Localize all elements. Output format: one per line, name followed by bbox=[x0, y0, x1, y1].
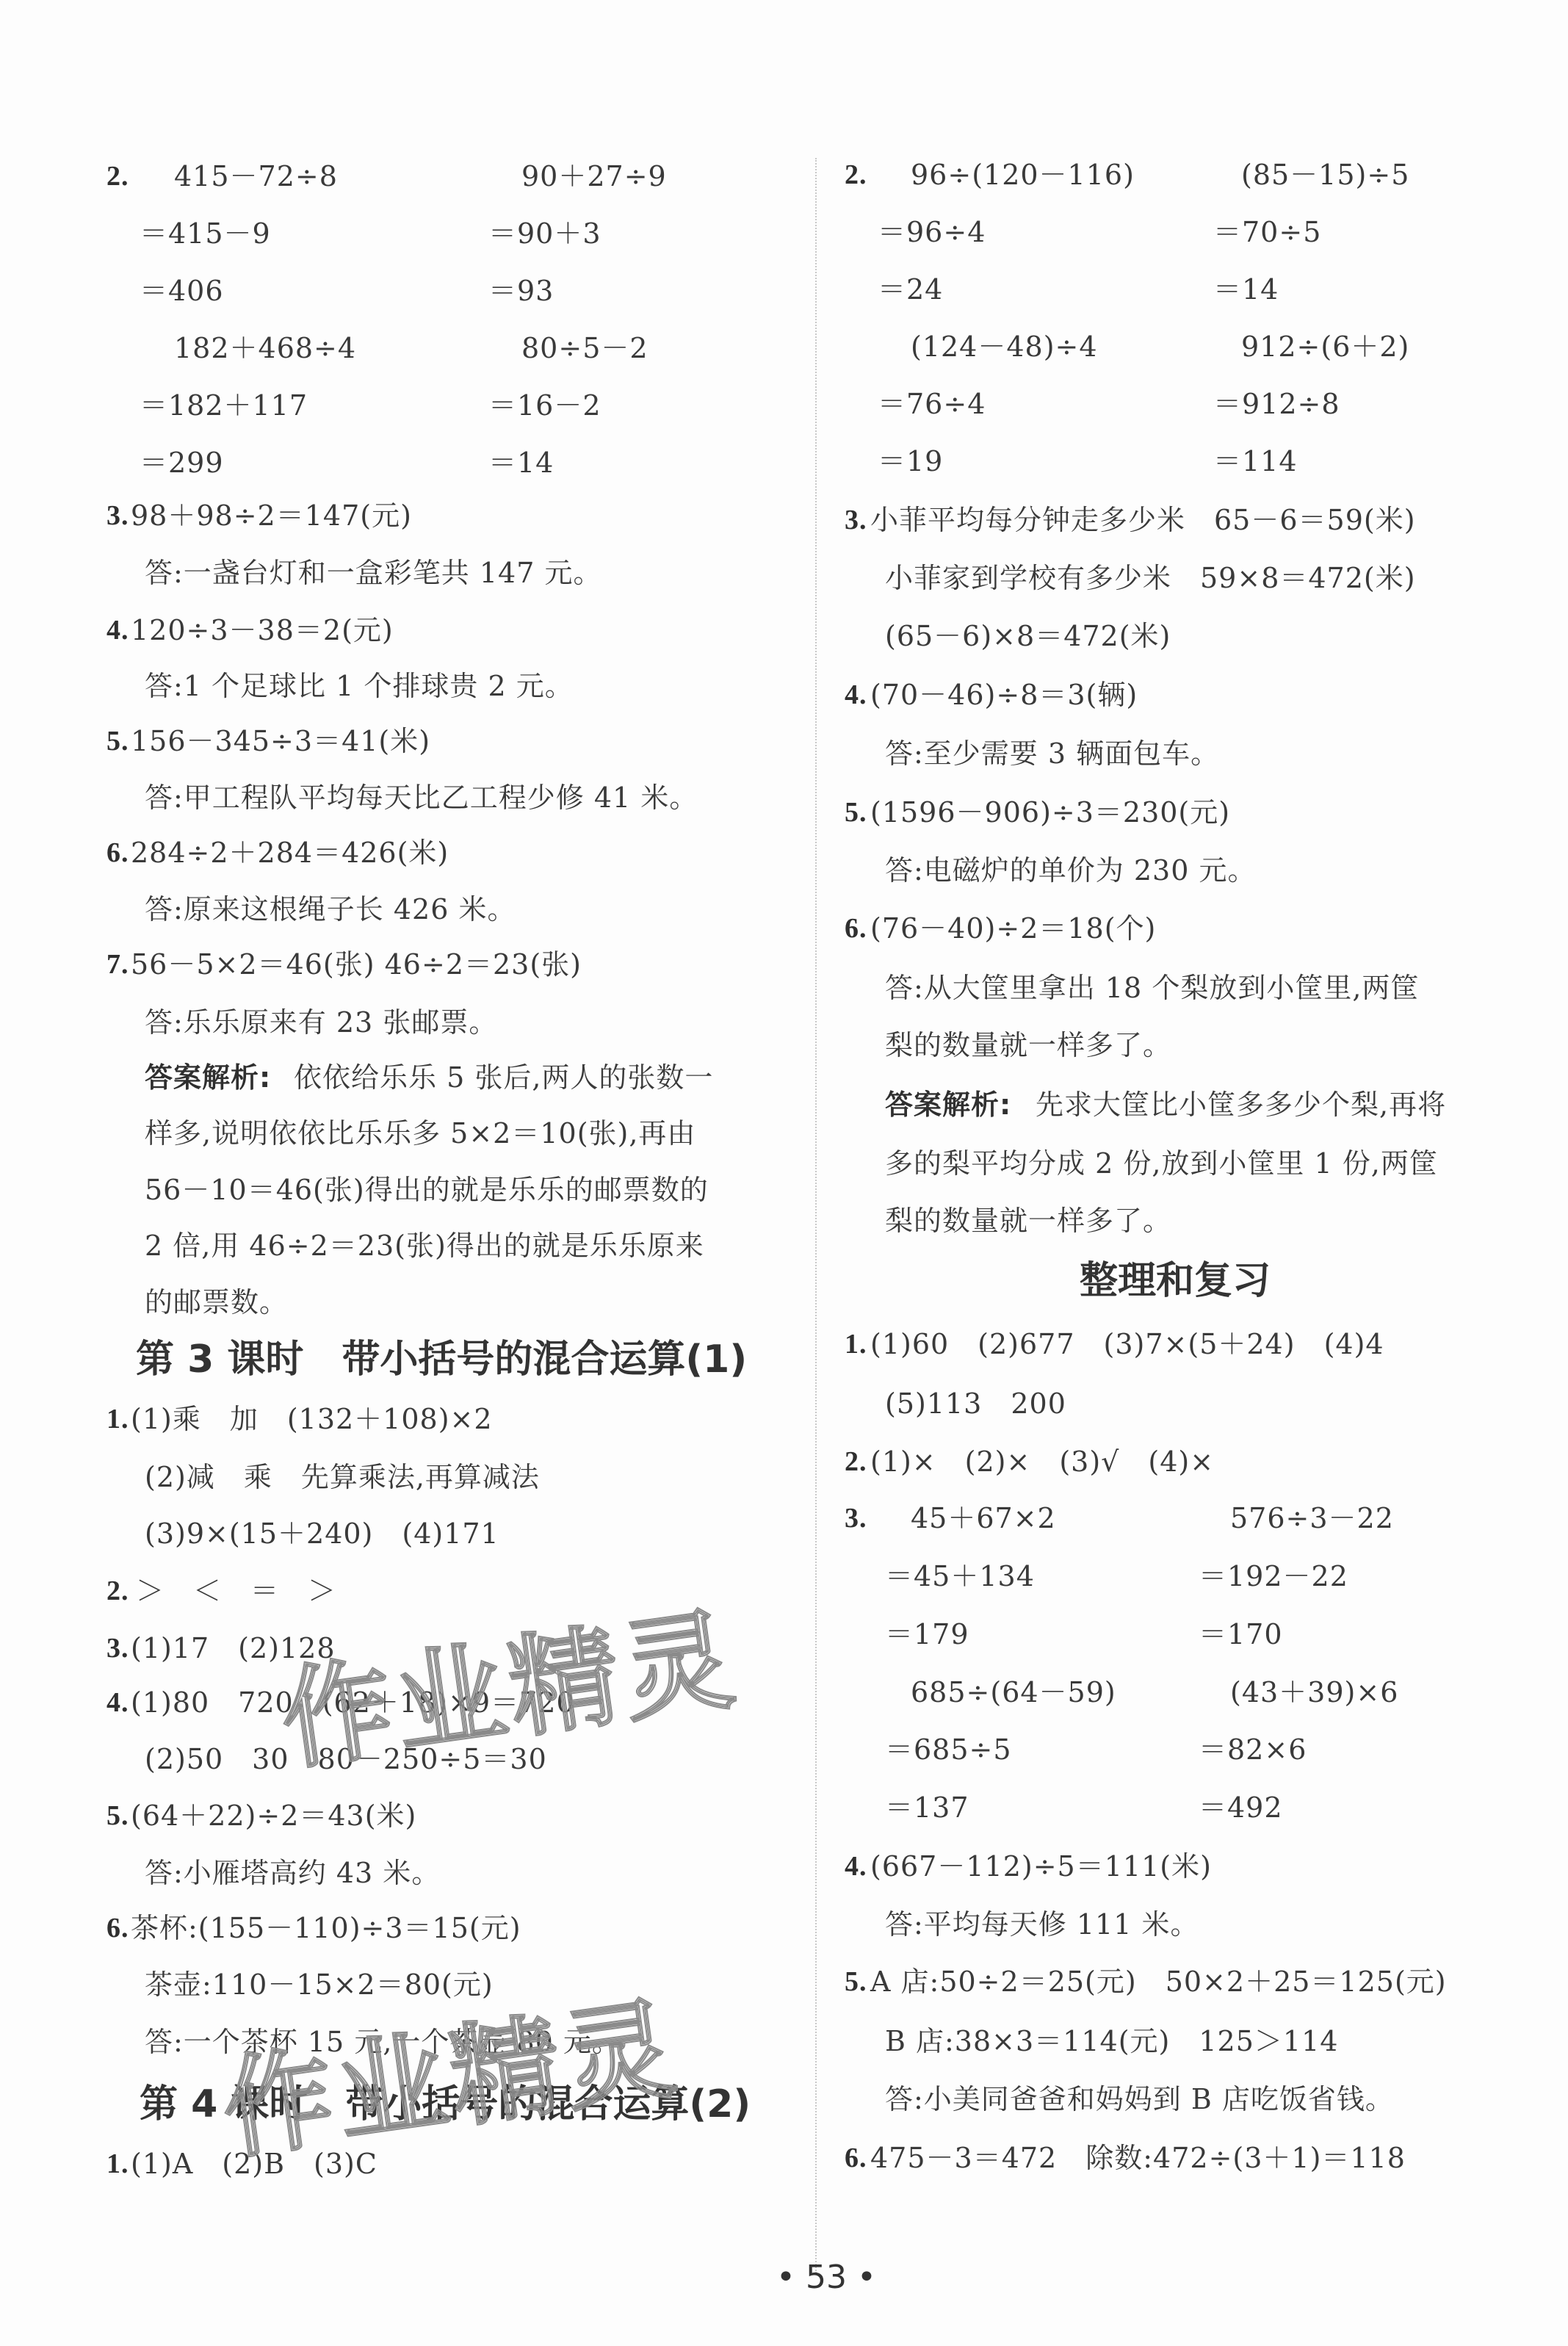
analysis-text: 样多,说明依依比乐乐多 5×2＝10(张),再由 bbox=[145, 1116, 696, 1151]
expression-step: ＝192－22 bbox=[1199, 1559, 1348, 1594]
analysis-text: 先求大筐比小筐多多少个梨,再将 bbox=[1036, 1087, 1446, 1122]
answer-line: (3)9×(15＋240) (4)171 bbox=[145, 1516, 499, 1551]
answer: 答:平均每天修 111 米。 bbox=[885, 1907, 1199, 1942]
expression-step: ＝16－2 bbox=[488, 388, 601, 423]
expression-step: ＝45＋134 bbox=[885, 1559, 1035, 1594]
expression: 45＋67×2 bbox=[911, 1501, 1056, 1536]
question-number: 3. bbox=[845, 502, 867, 538]
answer: 答:一个茶杯 15 元,一个茶壶 80 元。 bbox=[145, 2024, 621, 2060]
equation: 120÷3－38＝2(元) bbox=[131, 613, 394, 648]
expression-step: ＝137 bbox=[885, 1790, 969, 1825]
question-number: 4. bbox=[106, 613, 129, 648]
expression-step: ＝14 bbox=[1213, 272, 1279, 307]
question-number: 3. bbox=[845, 1501, 867, 1536]
question-number: 6. bbox=[845, 911, 867, 946]
answer: 答:甲工程队平均每天比乙工程少修 41 米。 bbox=[145, 780, 698, 815]
equation: (667－112)÷5＝111(米) bbox=[870, 1849, 1212, 1884]
equation: 98＋98÷2＝147(元) bbox=[131, 498, 412, 533]
analysis-text: 56－10＝46(张)得出的就是乐乐的邮票数的 bbox=[145, 1172, 709, 1208]
expression: 96÷(120－116) bbox=[911, 157, 1135, 192]
analysis-label: 答案解析: bbox=[885, 1087, 1011, 1122]
question-number: 6. bbox=[845, 2140, 867, 2176]
question-number: 3. bbox=[106, 1631, 129, 1666]
question-number: 5. bbox=[106, 1798, 129, 1833]
analysis-label: 答案解析: bbox=[145, 1060, 271, 1095]
question-number: 4. bbox=[845, 677, 867, 712]
question-number: 6. bbox=[106, 1910, 129, 1946]
question-number: 3. bbox=[106, 498, 129, 533]
expression-step: ＝179 bbox=[885, 1617, 969, 1652]
bullet-icon: • bbox=[776, 2259, 795, 2296]
expression: 685÷(64－59) bbox=[911, 1675, 1116, 1710]
answer-line: 小菲家到学校有多少米 59×8＝472(米) bbox=[885, 560, 1416, 596]
answer-line: 茶壶:110－15×2＝80(元) bbox=[145, 1967, 494, 2002]
expression: 90＋27÷9 bbox=[521, 159, 667, 194]
expression: 80÷5－2 bbox=[521, 331, 648, 366]
answer: 答:小雁塔高约 43 米。 bbox=[145, 1855, 440, 1891]
expression-step: ＝96÷4 bbox=[878, 214, 986, 250]
answer: 答:电磁炉的单价为 230 元。 bbox=[885, 853, 1257, 888]
answer: 答:一盏台灯和一盒彩笔共 147 元。 bbox=[145, 555, 602, 591]
expression-step: ＝182＋117 bbox=[140, 388, 308, 423]
expression: (85－15)÷5 bbox=[1241, 157, 1409, 192]
question-number: 2. bbox=[845, 157, 867, 192]
equation: (65－6)×8＝472(米) bbox=[885, 618, 1171, 654]
section-heading: 整理和复习 bbox=[1080, 1258, 1271, 1304]
answer-line: (1)× (2)× (3)√ (4)× bbox=[870, 1444, 1214, 1479]
equation: (1596－906)÷3＝230(元) bbox=[870, 795, 1230, 830]
question-number: 5. bbox=[845, 795, 867, 830]
answer-line: (1)80 720 (62＋18)×9＝720 bbox=[131, 1685, 575, 1720]
expression-step: ＝70÷5 bbox=[1213, 214, 1321, 250]
expression-step: ＝90＋3 bbox=[488, 216, 601, 251]
expression-step: ＝912÷8 bbox=[1213, 386, 1340, 422]
answer-line: (5)113 200 bbox=[885, 1386, 1066, 1421]
question-number: 2. bbox=[106, 1573, 129, 1609]
expression: 182＋468÷4 bbox=[174, 331, 356, 366]
answer-line: (2)50 30 80－250÷5＝30 bbox=[145, 1742, 547, 1777]
answer-line: 小菲平均每分钟走多少米 65－6＝59(米) bbox=[870, 502, 1416, 538]
expression: (43＋39)×6 bbox=[1230, 1675, 1398, 1710]
section-heading: 第 3 课时 带小括号的混合运算(1) bbox=[136, 1337, 747, 1382]
answer-line: 茶杯:(155－110)÷3＝15(元) bbox=[131, 1910, 521, 1946]
question-number: 1. bbox=[106, 1401, 129, 1437]
answer-line: (1)乘 加 (132＋108)×2 bbox=[131, 1401, 493, 1437]
section-heading: 第 4 课时 带小括号的混合运算(2) bbox=[140, 2082, 751, 2127]
answer-line: (2)减 乘 先算乘法,再算减法 bbox=[145, 1459, 540, 1495]
question-number: 2. bbox=[845, 1444, 867, 1479]
equation: 156－345÷3＝41(米) bbox=[131, 723, 430, 759]
equation: (76－40)÷2＝18(个) bbox=[870, 911, 1156, 946]
equation: 284÷2＋284＝426(米) bbox=[131, 835, 449, 870]
expression-step: ＝492 bbox=[1199, 1790, 1283, 1825]
page-number: • 53 • bbox=[764, 2259, 889, 2296]
answer-line: A 店:50÷2＝25(元) 50×2＋25＝125(元) bbox=[870, 1964, 1447, 1999]
question-number: 1. bbox=[845, 1327, 867, 1362]
answer: 答:乐乐原来有 23 张邮票。 bbox=[145, 1005, 497, 1040]
answer-line: (1)A (2)B (3)C bbox=[131, 2146, 377, 2181]
expression-step: ＝114 bbox=[1213, 444, 1298, 479]
answer: 答:小美同爸爸和妈妈到 B 店吃饭省钱。 bbox=[885, 2082, 1394, 2117]
question-number: 4. bbox=[106, 1685, 129, 1720]
answer-line: (1)17 (2)128 bbox=[131, 1631, 336, 1666]
expression-step: ＝406 bbox=[140, 273, 224, 308]
equation: (64＋22)÷2＝43(米) bbox=[131, 1798, 416, 1833]
expression-step: ＝93 bbox=[488, 273, 554, 308]
answer: 答:原来这根绳子长 426 米。 bbox=[145, 892, 516, 927]
expression-step: ＝19 bbox=[878, 444, 943, 479]
column-divider bbox=[815, 158, 817, 2273]
answer-line: 475－3＝472 除数:472÷(3＋1)＝118 bbox=[870, 2140, 1406, 2176]
expression: (124－48)÷4 bbox=[911, 329, 1098, 364]
expression-step: ＝82×6 bbox=[1199, 1732, 1307, 1767]
question-number: 4. bbox=[845, 1849, 867, 1884]
expression: 415－72÷8 bbox=[174, 159, 338, 194]
analysis-text: 2 倍,用 46÷2＝23(张)得出的就是乐乐原来 bbox=[145, 1228, 704, 1263]
answer: 答:从大筐里拿出 18 个梨放到小筐里,两筐 bbox=[885, 970, 1419, 1006]
answer: 答:至少需要 3 辆面包车。 bbox=[885, 736, 1219, 771]
analysis-text: 的邮票数。 bbox=[145, 1285, 288, 1320]
analysis-text: 多的梨平均分成 2 份,放到小筐里 1 份,两筐 bbox=[885, 1146, 1438, 1181]
page-number-value: 53 bbox=[806, 2259, 847, 2296]
answer: 答:1 个足球比 1 个排球贵 2 元。 bbox=[145, 668, 574, 704]
question-number: 2. bbox=[106, 159, 129, 194]
answer: 梨的数量就一样多了。 bbox=[885, 1028, 1171, 1063]
question-number: 6. bbox=[106, 835, 129, 870]
expression: 576÷3－22 bbox=[1230, 1501, 1394, 1536]
expression-step: ＝76÷4 bbox=[878, 386, 986, 422]
bullet-icon: • bbox=[857, 2259, 876, 2296]
expression-step: ＝415－9 bbox=[140, 216, 271, 251]
expression-step: ＝170 bbox=[1199, 1617, 1283, 1652]
equation: 56－5×2＝46(张) 46÷2＝23(张) bbox=[131, 947, 582, 982]
expression-step: ＝299 bbox=[140, 445, 224, 480]
question-number: 7. bbox=[106, 947, 129, 982]
question-number: 5. bbox=[106, 723, 129, 759]
question-number: 5. bbox=[845, 1964, 867, 1999]
answer-line: ＞ ＜ ＝ ＞ bbox=[136, 1573, 336, 1609]
question-number: 1. bbox=[106, 2146, 129, 2181]
analysis-text: 梨的数量就一样多了。 bbox=[885, 1203, 1171, 1238]
answer-line: (1)60 (2)677 (3)7×(5＋24) (4)4 bbox=[870, 1327, 1384, 1362]
analysis-text: 依依给乐乐 5 张后,两人的张数一 bbox=[294, 1060, 713, 1095]
equation: (70－46)÷8＝3(辆) bbox=[870, 677, 1138, 712]
expression-step: ＝14 bbox=[488, 445, 554, 480]
expression-step: ＝685÷5 bbox=[885, 1732, 1012, 1767]
expression-step: ＝24 bbox=[878, 272, 943, 307]
expression: 912÷(6＋2) bbox=[1241, 329, 1409, 364]
answer-line: B 店:38×3＝114(元) 125＞114 bbox=[885, 2024, 1338, 2059]
